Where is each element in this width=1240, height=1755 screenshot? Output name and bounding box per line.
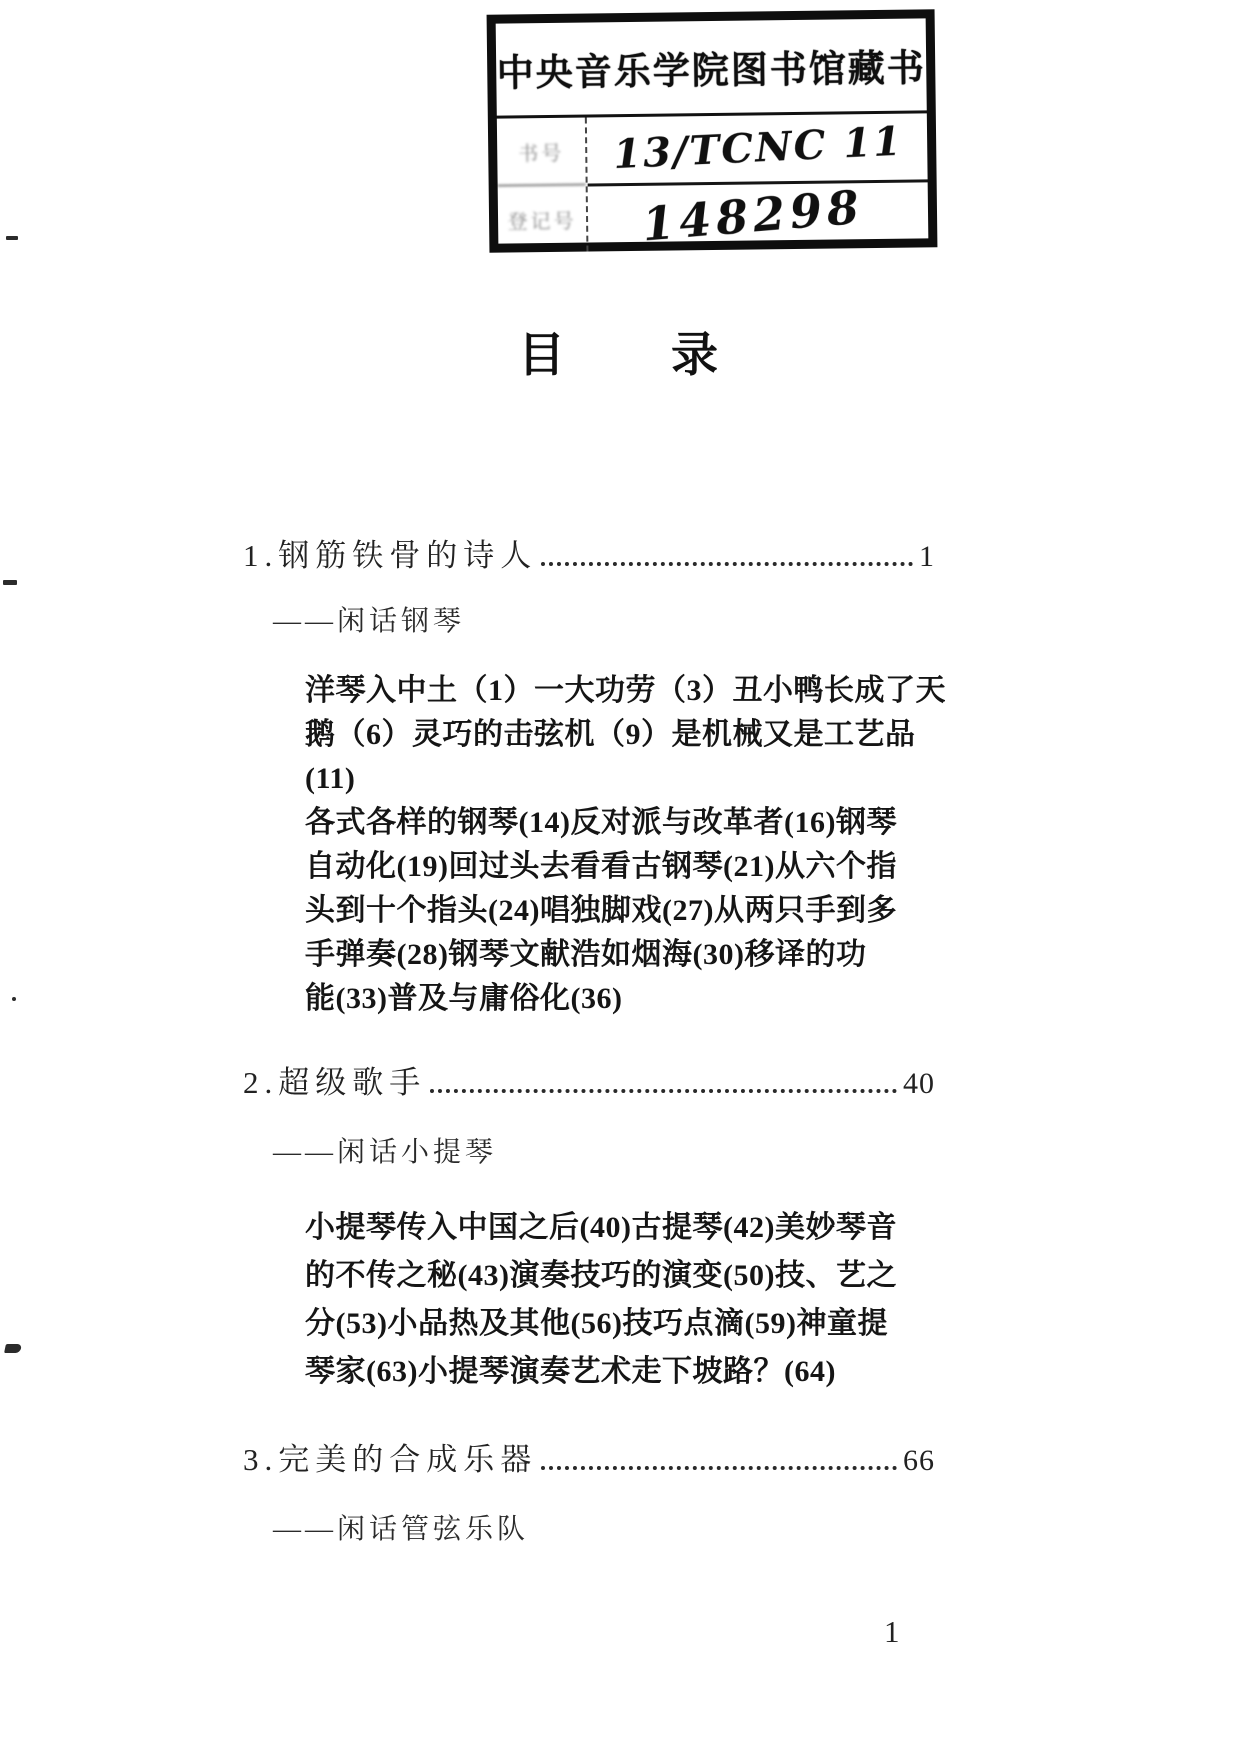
- toc-entry-3-subtitle: ——闲话管弦乐队: [273, 1507, 935, 1547]
- scan-artifact-dash: [3, 580, 17, 585]
- stamp-body: 书号 登记号 13/TCNC 11 148298: [497, 113, 929, 252]
- footer-page-number: 1: [884, 1614, 900, 1650]
- toc-entry-1: 1.钢筋铁骨的诗人 1: [243, 530, 935, 577]
- dot-leader: [541, 562, 913, 566]
- stamp-call-number-label: 书号: [497, 118, 586, 187]
- toc-entry-1-title: 1.钢筋铁骨的诗人: [243, 530, 537, 575]
- toc-entry-3: 3.完美的合成乐器 66: [243, 1434, 935, 1481]
- library-stamp: 中央音乐学院图书馆藏书 书号 登记号 13/TCNC 11 148298: [487, 9, 938, 252]
- stamp-accession-label: 登记号: [498, 186, 587, 253]
- stamp-accession-row: 148298: [588, 182, 929, 252]
- toc-entry-1-summary: 洋琴入中土（1）一大功劳（3）丑小鸭长成了天 鹅（6）灵巧的击弦机（9）是机械又…: [305, 669, 953, 1021]
- handwritten-call-number: 13/TCNC 11: [612, 118, 904, 179]
- stamp-header-text: 中央音乐学院图书馆藏书: [496, 18, 927, 118]
- dot-leader: [430, 1089, 897, 1093]
- table-of-contents: 1.钢筋铁骨的诗人 1 ——闲话钢琴 洋琴入中土（1）一大功劳（3）丑小鸭长成了…: [243, 530, 935, 1547]
- toc-entry-2-subtitle: ——闲话小提琴: [273, 1130, 935, 1170]
- toc-entry-3-page: 66: [903, 1444, 935, 1478]
- scan-artifact-dot: [12, 997, 16, 1001]
- stamp-field-labels: 书号 登记号: [497, 118, 589, 253]
- scan-artifact-dash: [6, 236, 18, 240]
- toc-entry-1-page: 1: [919, 540, 935, 574]
- dot-leader: [541, 1466, 897, 1470]
- toc-entry-2-summary: 小提琴传入中国之后(40)古提琴(42)美妙琴音 的不传之秘(43)演奏技巧的演…: [305, 1204, 953, 1396]
- toc-entry-3-title: 3.完美的合成乐器: [243, 1434, 537, 1479]
- stamp-values: 13/TCNC 11 148298: [587, 113, 929, 251]
- toc-entry-2: 2.超级歌手 40: [243, 1057, 935, 1104]
- page-title: 目 录: [0, 318, 1240, 385]
- handwritten-accession-number: 148298: [612, 180, 866, 254]
- stamp-call-number-row: 13/TCNC 11: [587, 113, 928, 186]
- toc-entry-1-subtitle: ——闲话钢琴: [273, 599, 935, 639]
- scan-artifact-mark: [4, 1344, 22, 1353]
- toc-entry-2-page: 40: [903, 1067, 935, 1101]
- toc-entry-2-title: 2.超级歌手: [243, 1057, 426, 1102]
- scanned-toc-page: 中央音乐学院图书馆藏书 书号 登记号 13/TCNC 11 148298 目 录…: [0, 0, 1240, 1755]
